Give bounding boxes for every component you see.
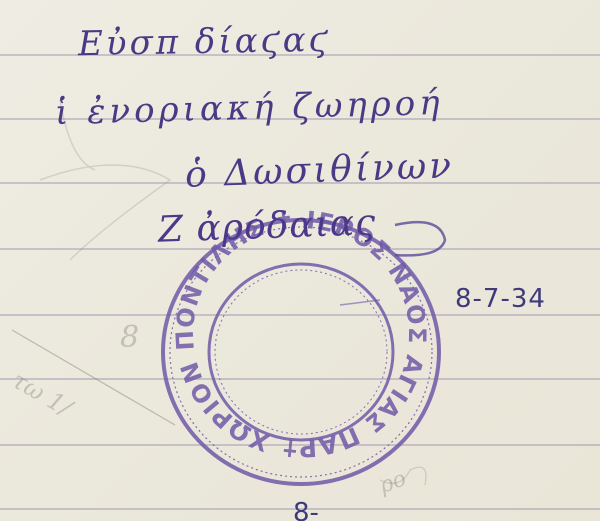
pencil-marks — [0, 0, 600, 521]
date: 8-7-34 — [455, 284, 546, 314]
signature: Ζ ἀρόδαιας — [157, 202, 376, 251]
church-stamp: ✝ ΧΩΡΙΟΝ ΠΟΝΤΙΛΗΣ ✝ ΙΕΡΟΣ ΝΑΟΣ ΑΓΙΑΣ ΠΑΡ… — [0, 0, 600, 521]
handwritten-line-2: ἱ ἐνοριακή ζωηροή — [55, 83, 445, 133]
ruled-line — [0, 248, 600, 250]
ruled-line — [0, 444, 600, 446]
handwritten-line-3: ὁ Δωσιθίνων — [184, 145, 454, 195]
ruled-line — [0, 314, 600, 316]
pencil-note: τω 1/ — [7, 366, 76, 422]
bottom-note: 8- — [293, 498, 319, 521]
ruled-line — [0, 378, 600, 380]
stamp-text: ΖΩΝΗ ΠΟΝΤΙΛΗΣ — [0, 0, 11, 6]
handwritten-line-1: Εὐσπ δίαϛαϛ — [78, 20, 331, 64]
document-page: 8 τω 1/ ρο Εὐσπ δίαϛαϛ ἱ ἐνοριακή ζωηροή… — [0, 0, 600, 521]
pencil-note: ρο — [377, 466, 410, 498]
pencil-number: 8 — [120, 320, 139, 355]
